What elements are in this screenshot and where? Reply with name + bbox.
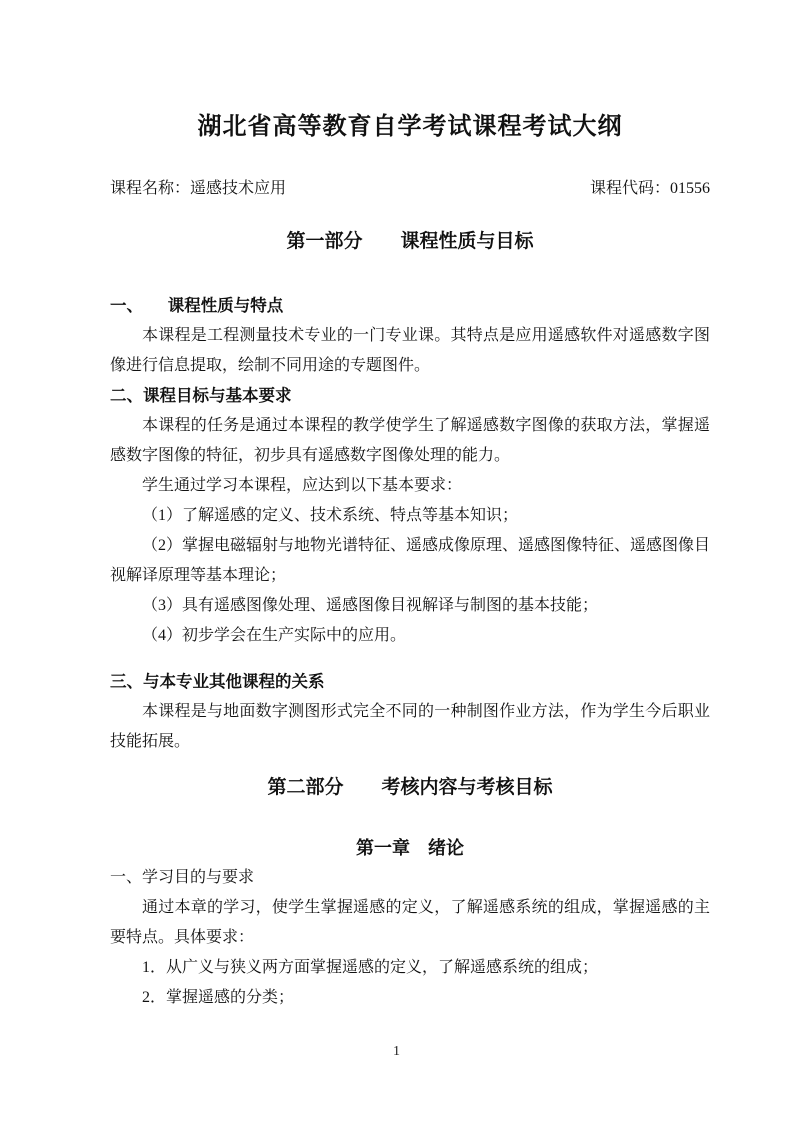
requirement-item-4: （4）初步学会在生产实际中的应用。 bbox=[110, 621, 710, 651]
document-title: 湖北省高等教育自学考试课程考试大纲 bbox=[110, 110, 710, 144]
requirement-item-1: （1）了解遥感的定义、技术系统、特点等基本知识； bbox=[110, 501, 710, 531]
part1-section1-paragraph: 本课程是工程测量技术专业的一门专业课。其特点是应用遥感软件对遥感数字图像进行信息… bbox=[110, 321, 710, 381]
part1-section2-paragraph-2: 学生通过学习本课程，应达到以下基本要求： bbox=[110, 471, 710, 501]
page-number: 1 bbox=[0, 1044, 793, 1060]
chapter1-section1-heading: 一、学习目的与要求 bbox=[110, 863, 710, 893]
document-page: 湖北省高等教育自学考试课程考试大纲 课程名称：遥感技术应用 课程代码：01556… bbox=[0, 0, 793, 1122]
part1-section3-paragraph: 本课程是与地面数字测图形式完全不同的一种制图作业方法，作为学生今后职业技能拓展。 bbox=[110, 697, 710, 757]
course-meta-row: 课程名称：遥感技术应用 课程代码：01556 bbox=[110, 179, 710, 199]
chapter1-heading: 第一章 绪论 bbox=[110, 833, 710, 863]
part2-heading: 第二部分 考核内容与考核目标 bbox=[110, 773, 710, 803]
part1-section2-paragraph-1: 本课程的任务是通过本课程的教学使学生了解遥感数字图像的获取方法，掌握遥感数字图像… bbox=[110, 411, 710, 471]
requirement-item-2: （2）掌握电磁辐射与地物光谱特征、遥感成像原理、遥感图像特征、遥感图像目视解译原… bbox=[110, 531, 710, 591]
chapter1-item-1: 1．从广义与狭义两方面掌握遥感的定义，了解遥感系统的组成； bbox=[110, 953, 710, 983]
part1-section2-heading: 二、课程目标与基本要求 bbox=[110, 381, 710, 411]
part1-section1-heading: 一、 课程性质与特点 bbox=[110, 291, 710, 321]
course-name: 课程名称：遥感技术应用 bbox=[110, 179, 286, 199]
chapter1-item-2: 2．掌握遥感的分类； bbox=[110, 983, 710, 1013]
requirement-item-3: （3）具有遥感图像处理、遥感图像目视解译与制图的基本技能； bbox=[110, 591, 710, 621]
part1-section3-heading: 三、与本专业其他课程的关系 bbox=[110, 667, 710, 697]
course-code: 课程代码：01556 bbox=[590, 179, 710, 199]
chapter1-section1-paragraph: 通过本章的学习，使学生掌握遥感的定义，了解遥感系统的组成，掌握遥感的主要特点。具… bbox=[110, 893, 710, 953]
part1-heading: 第一部分 课程性质与目标 bbox=[110, 227, 710, 257]
